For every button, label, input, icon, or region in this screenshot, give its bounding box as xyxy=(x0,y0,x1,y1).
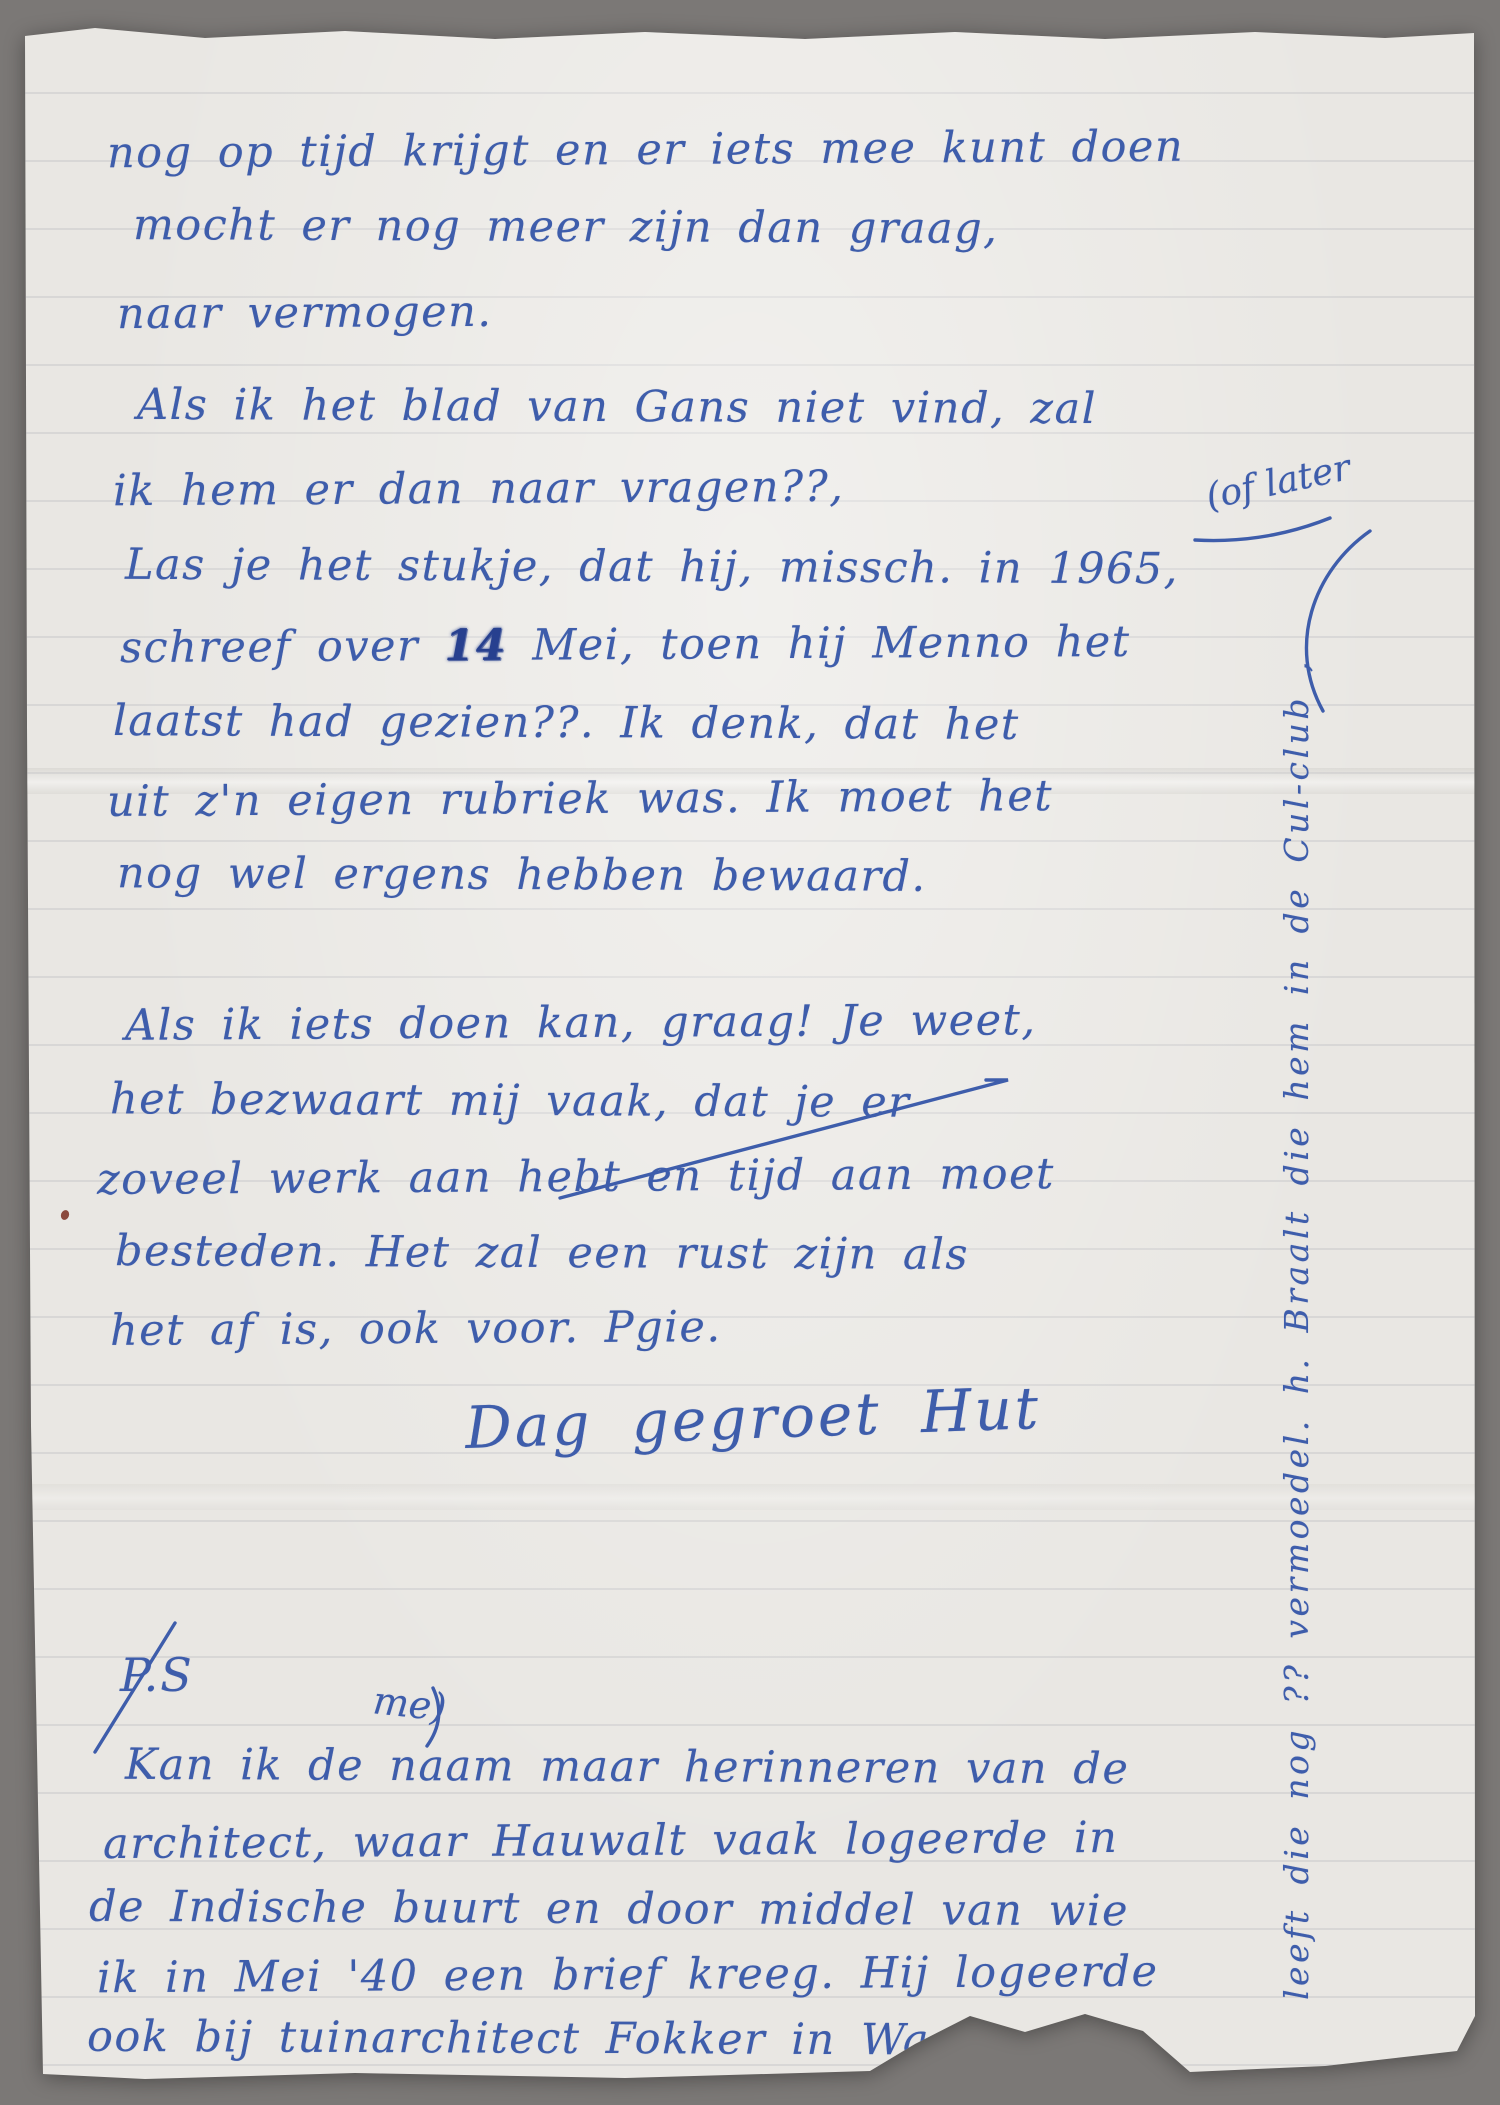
red-ink-speck xyxy=(60,1209,71,1221)
letter-line: naar vermogen. xyxy=(117,287,493,339)
letter-line: nog wel ergens hebben bewaard. xyxy=(117,848,927,902)
ps-label: P.S xyxy=(120,1648,194,1702)
letter-line: het af is, ook voor. Pgie. xyxy=(110,1302,722,1356)
letter-line: nog op tijd krijgt en er iets mee kunt d… xyxy=(107,122,1184,179)
letter-line: mocht er nog meer zijn dan graag, xyxy=(133,200,999,254)
photo-background: { "page": { "background_color": "#7b7876… xyxy=(0,0,1500,2105)
letter-line: ik hem er dan naar vragen??, xyxy=(113,462,845,516)
letter-line: Als ik het blad van Gans niet vind, zal xyxy=(137,380,1097,434)
letter-line: Las je het stukje, dat hij, missch. in 1… xyxy=(125,540,1179,595)
letter-line: Als ik iets doen kan, graag! Je weet, xyxy=(125,995,1037,1051)
ps-line: Kan ik de naam maar herinneren van de xyxy=(125,1740,1130,1794)
line7-before: schreef over xyxy=(120,621,445,673)
margin-note: leeft die nog ?? vermoedel. h. Braalt di… xyxy=(1277,430,1321,2000)
letter-paper: nog op tijd krijgt en er iets mee kunt d… xyxy=(25,26,1475,2082)
letter-line: uit z'n eigen rubriek was. Ik moet het xyxy=(107,771,1053,827)
ps-line: de Indische buurt en door middel van wie xyxy=(89,1882,1129,1937)
ps-line: ik in Mei '40 een brief kreeg. Hij logee… xyxy=(97,1947,1159,2003)
letter-line: laatst had gezien??. Ik denk, dat het xyxy=(113,696,1020,750)
letter-line: zoveel werk aan hebt en tijd aan moet xyxy=(97,1149,1055,1205)
signoff: Dag gegroet Hut xyxy=(464,1374,1042,1462)
fold-crease xyxy=(25,1484,1475,1510)
insertion-me: me) xyxy=(371,1678,449,1729)
letter-line-with-correction: schreef over 14 Mei, toen hij Menno het xyxy=(120,617,1131,673)
line7-after: Mei, toen hij Menno het xyxy=(507,617,1131,671)
letter-paper-wrap: nog op tijd krijgt en er iets mee kunt d… xyxy=(25,26,1475,2082)
letter-line: het bezwaart mij vaak, dat je er xyxy=(110,1074,911,1127)
letter-line: besteden. Het zal een rust zijn als xyxy=(115,1226,969,1280)
overwritten-date: 14 xyxy=(444,621,507,671)
ps-line: ook bij tuinarchitect Fokker in Wassenaa… xyxy=(87,2012,1110,2066)
ps-line: architect, waar Hauwalt vaak logeerde in xyxy=(103,1813,1119,1869)
